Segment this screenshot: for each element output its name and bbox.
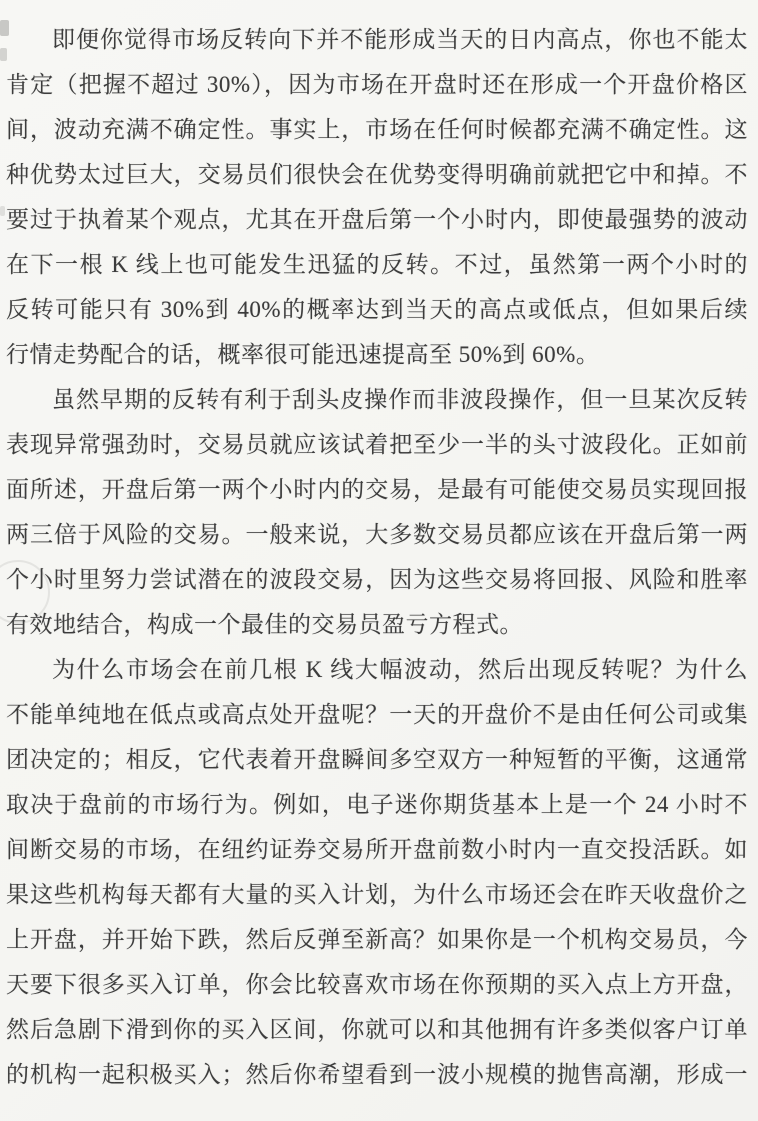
text-line: 种优势太过巨大，交易员们很快会在优势变得明确前就把它中和掉。不	[6, 152, 748, 197]
scanned-book-page: 即便你觉得市场反转向下并不能形成当天的日内高点，你也不能太肯定（把握不超过 30…	[0, 0, 758, 1121]
text-line: 在下一根 K 线上也可能发生迅猛的反转。不过，虽然第一两个小时的	[6, 242, 748, 287]
text-line: 反转可能只有 30%到 40%的概率达到当天的高点或低点，但如果后续	[6, 287, 748, 332]
text-line: 天要下很多买入订单，你会比较喜欢市场在你预期的买入点上方开盘，	[6, 962, 748, 1007]
text-line: 不能单纯地在低点或高点处开盘呢？一天的开盘价不是由任何公司或集	[6, 692, 748, 737]
scan-artifact	[0, 206, 5, 216]
text-line: 虽然早期的反转有利于刮头皮操作而非波段操作，但一旦某次反转	[6, 377, 748, 422]
text-line: 团决定的；相反，它代表着开盘瞬间多空双方一种短暂的平衡，这通常	[6, 737, 748, 782]
text-line: 要过于执着某个观点，尤其在开盘后第一个小时内，即使最强势的波动	[6, 197, 748, 242]
text-line: 为什么市场会在前几根 K 线大幅波动，然后出现反转呢？为什么	[6, 647, 748, 692]
text-line: 有效地结合，构成一个最佳的交易员盈亏方程式。	[6, 602, 748, 647]
text-line: 上开盘，并开始下跌，然后反弹至新高？如果你是一个机构交易员，今	[6, 917, 748, 962]
text-line: 果这些机构每天都有大量的买入计划，为什么市场还会在昨天收盘价之	[6, 872, 748, 917]
text-line: 取决于盘前的市场行为。例如，电子迷你期货基本上是一个 24 小时不	[6, 782, 748, 827]
text-line: 然后急剧下滑到你的买入区间，你就可以和其他拥有许多类似客户订单	[6, 1007, 748, 1052]
text-line: 面所述，开盘后第一两个小时内的交易，是最有可能使交易员实现回报	[6, 467, 748, 512]
page-text-block: 即便你觉得市场反转向下并不能形成当天的日内高点，你也不能太肯定（把握不超过 30…	[6, 17, 748, 1097]
text-line: 的机构一起积极买入；然后你希望看到一波小规模的抛售高潮，形成一	[6, 1052, 748, 1097]
text-line: 行情走势配合的话，概率很可能迅速提高至 50%到 60%。	[6, 332, 748, 377]
text-line: 间，波动充满不确定性。事实上，市场在任何时候都充满不确定性。这	[6, 107, 748, 152]
text-line: 即便你觉得市场反转向下并不能形成当天的日内高点，你也不能太	[6, 17, 748, 62]
text-line: 间断交易的市场，在纽约证券交易所开盘前数小时内一直交投活跃。如	[6, 827, 748, 872]
text-line: 两三倍于风险的交易。一般来说，大多数交易员都应该在开盘后第一两	[6, 512, 748, 557]
text-line: 个小时里努力尝试潜在的波段交易，因为这些交易将回报、风险和胜率	[6, 557, 748, 602]
text-line: 肯定（把握不超过 30%），因为市场在开盘时还在形成一个开盘价格区	[6, 62, 748, 107]
text-line: 表现异常强劲时，交易员就应该试着把至少一半的头寸波段化。正如前	[6, 422, 748, 467]
